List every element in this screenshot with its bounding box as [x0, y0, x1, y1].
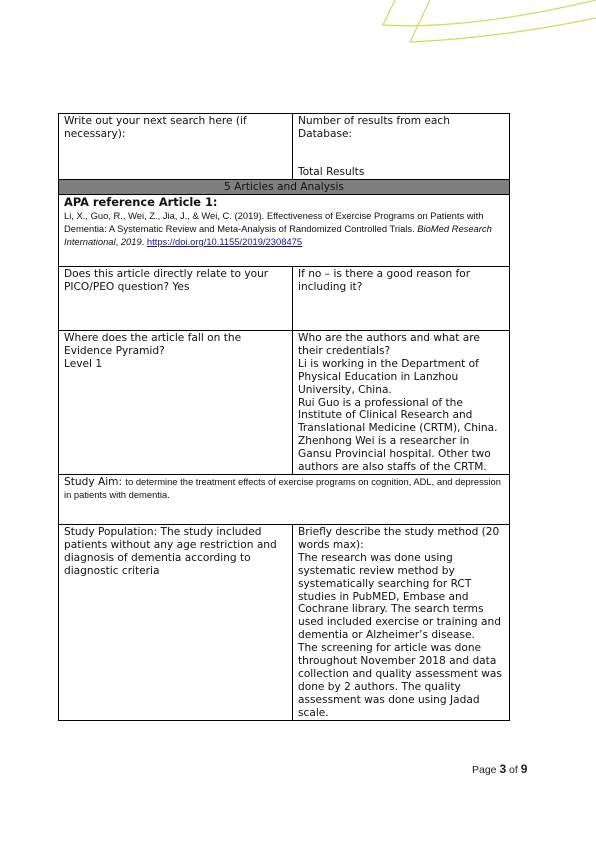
authors-credentials-question: Who are the authors and what are their c…	[298, 332, 504, 358]
database-results-cell[interactable]: Number of results from each Database: To…	[293, 114, 510, 180]
page-word: Page	[472, 764, 499, 776]
evidence-pyramid-cell[interactable]: Where does the article fall on the Evide…	[59, 331, 293, 475]
authors-credentials-answer: Li is working in the Department of Physi…	[298, 358, 504, 474]
study-aim-row: Study Aim: to determine the treatment ef…	[59, 474, 510, 524]
population-row: Study Population: The study included pat…	[59, 524, 510, 720]
inclusion-reason-cell[interactable]: If no – is there a good reason for inclu…	[293, 267, 510, 331]
doi-link[interactable]: https://doi.org/10.1155/2019/2308475	[147, 236, 302, 247]
evidence-pyramid-question: Where does the article fall on the Evide…	[64, 332, 287, 358]
study-method-cell[interactable]: Briefly describe the study method (20 wo…	[293, 524, 510, 720]
relevance-row: Does this article directly relate to you…	[59, 267, 510, 331]
article-analysis-form: Write out your next search here (if nece…	[58, 113, 510, 721]
pico-relevance-cell[interactable]: Does this article directly relate to you…	[59, 267, 293, 331]
authors-credentials-cell[interactable]: Who are the authors and what are their c…	[293, 331, 510, 475]
pico-relevance-text: Does this article directly relate to you…	[64, 268, 268, 293]
reference-row: APA reference Article 1: Li, X., Guo, R.…	[59, 195, 510, 267]
next-search-label: Write out your next search here (if nece…	[64, 115, 247, 140]
inclusion-reason-text: If no – is there a good reason for inclu…	[298, 268, 470, 293]
study-population-text: Study Population: The study included pat…	[64, 526, 277, 577]
section-header: 5 Articles and Analysis	[59, 180, 510, 195]
of-word: of	[506, 764, 521, 776]
section-band-row: 5 Articles and Analysis	[59, 180, 510, 195]
header-swoosh-decoration	[0, 0, 596, 60]
evidence-pyramid-answer: Level 1	[64, 358, 287, 371]
study-method-answer: The research was done using systematic r…	[298, 552, 504, 720]
next-search-cell[interactable]: Write out your next search here (if nece…	[59, 114, 293, 180]
apa-reference-text: Li, X., Guo, R., Wei, Z., Jia, J., & Wei…	[64, 209, 504, 248]
apa-reference-title: APA reference Article 1:	[64, 196, 504, 209]
page-number: Page 3 of 9	[472, 762, 527, 776]
pyramid-row: Where does the article fall on the Evide…	[59, 331, 510, 475]
apa-reference-cell[interactable]: APA reference Article 1: Li, X., Guo, R.…	[59, 195, 510, 267]
total-results-label: Total Results	[298, 166, 364, 179]
study-aim-text: to determine the treatment effects of ex…	[64, 476, 501, 500]
reference-volume-year: 2019	[121, 236, 142, 247]
study-aim-label: Study Aim:	[64, 476, 125, 488]
study-aim-cell[interactable]: Study Aim: to determine the treatment ef…	[59, 474, 510, 524]
database-results-label: Number of results from each Database:	[298, 115, 450, 140]
study-population-cell[interactable]: Study Population: The study included pat…	[59, 524, 293, 720]
study-method-question: Briefly describe the study method (20 wo…	[298, 526, 504, 552]
total-pages: 9	[521, 762, 528, 776]
search-row: Write out your next search here (if nece…	[59, 114, 510, 180]
